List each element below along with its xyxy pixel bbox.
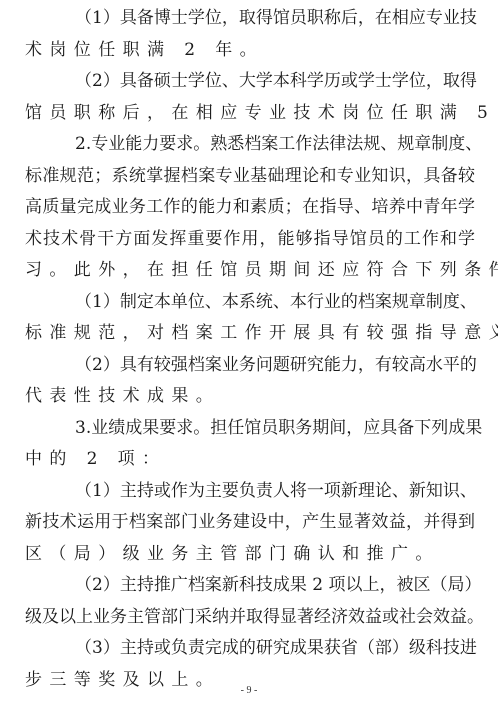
text-line: 习。此外，在担任馆员期间还应符合下列条件之一： <box>25 255 475 287</box>
text-line: 3.业绩成果要求。担任馆员职务期间，应具备下列成果 <box>25 413 475 445</box>
text-line: 术技术骨干方面发挥重要作用，能够指导馆员的工作和学 <box>25 224 475 256</box>
text-line: 2.专业能力要求。熟悉档案工作法律法规、规章制度、 <box>25 129 475 161</box>
text-line: 标准规范；系统掌握档案专业基础理论和专业知识，具备较 <box>25 161 475 193</box>
text-line: （2）具备硕士学位、大学本科学历或学士学位，取得 <box>25 66 475 98</box>
line-text: （2）具有较强档案业务问题研究能力，有较高水平的 <box>75 350 475 382</box>
line-text: 标准规范，对档案工作开展具有较强指导意义。 <box>25 323 498 343</box>
line-text: 标准规范；系统掌握档案专业基础理论和专业知识，具备较 <box>25 161 475 193</box>
line-text: 馆员职称后，在相应专业技术岗位任职满 5 年。 <box>25 103 498 123</box>
page-number: - 9 - <box>0 685 498 696</box>
text-line: 术岗位任职满 2 年。 <box>25 35 475 67</box>
line-text: （3）主持或负责完成的研究成果获省（部）级科技进 <box>75 633 475 665</box>
text-line: （3）主持或负责完成的研究成果获省（部）级科技进 <box>25 633 475 665</box>
text-line: （2）具有较强档案业务问题研究能力，有较高水平的 <box>25 350 475 382</box>
text-line: 标准规范，对档案工作开展具有较强指导意义。 <box>25 318 475 350</box>
text-line: （1）主持或作为主要负责人将一项新理论、新知识、 <box>25 476 475 508</box>
text-line: （1）制定本单位、本系统、本行业的档案规章制度、 <box>25 287 475 319</box>
line-text: 中的 2 项： <box>25 449 166 469</box>
text-line: 中的 2 项： <box>25 444 475 476</box>
text-line: （2）主持推广档案新科技成果 2 项以上，被区（局） <box>25 570 475 602</box>
text-line: 代表性技术成果。 <box>25 381 475 413</box>
line-text: 术岗位任职满 2 年。 <box>25 40 264 60</box>
line-text: 3.业绩成果要求。担任馆员职务期间，应具备下列成果 <box>75 413 475 445</box>
text-line: 新技术运用于档案部门业务建设中，产生显著效益，并得到 <box>25 507 475 539</box>
line-text: 术技术骨干方面发挥重要作用，能够指导馆员的工作和学 <box>25 224 475 256</box>
line-text: 区（局）级业务主管部门确认和推广。 <box>25 544 440 564</box>
line-text: （1）制定本单位、本系统、本行业的档案规章制度、 <box>75 287 475 319</box>
line-text: （1）具备博士学位，取得馆员职称后，在相应专业技 <box>75 3 475 35</box>
line-text: 2.专业能力要求。熟悉档案工作法律法规、规章制度、 <box>75 129 475 161</box>
text-line: 区（局）级业务主管部门确认和推广。 <box>25 539 475 571</box>
line-text: （2）具备硕士学位、大学本科学历或学士学位，取得 <box>75 66 475 98</box>
line-text: 代表性技术成果。 <box>25 386 220 406</box>
line-text: （1）主持或作为主要负责人将一项新理论、新知识、 <box>75 476 475 508</box>
text-line: （1）具备博士学位，取得馆员职称后，在相应专业技 <box>25 3 475 35</box>
line-text: 级及以上业务主管部门采纳并取得显著经济效益或社会效益。 <box>25 602 475 634</box>
text-line: 馆员职称后，在相应专业技术岗位任职满 5 年。 <box>25 98 475 130</box>
document-page: （1）具备博士学位，取得馆员职称后，在相应专业技 术岗位任职满 2 年。 （2）… <box>25 3 475 696</box>
line-text: 高质量完成业务工作的能力和素质；在指导、培养中青年学 <box>25 192 475 224</box>
line-text: 新技术运用于档案部门业务建设中，产生显著效益，并得到 <box>25 507 475 539</box>
line-text: 习。此外，在担任馆员期间还应符合下列条件之一： <box>25 260 498 280</box>
line-text: （2）主持推广档案新科技成果 2 项以上，被区（局） <box>75 570 475 602</box>
text-line: 高质量完成业务工作的能力和素质；在指导、培养中青年学 <box>25 192 475 224</box>
text-line: 级及以上业务主管部门采纳并取得显著经济效益或社会效益。 <box>25 602 475 634</box>
